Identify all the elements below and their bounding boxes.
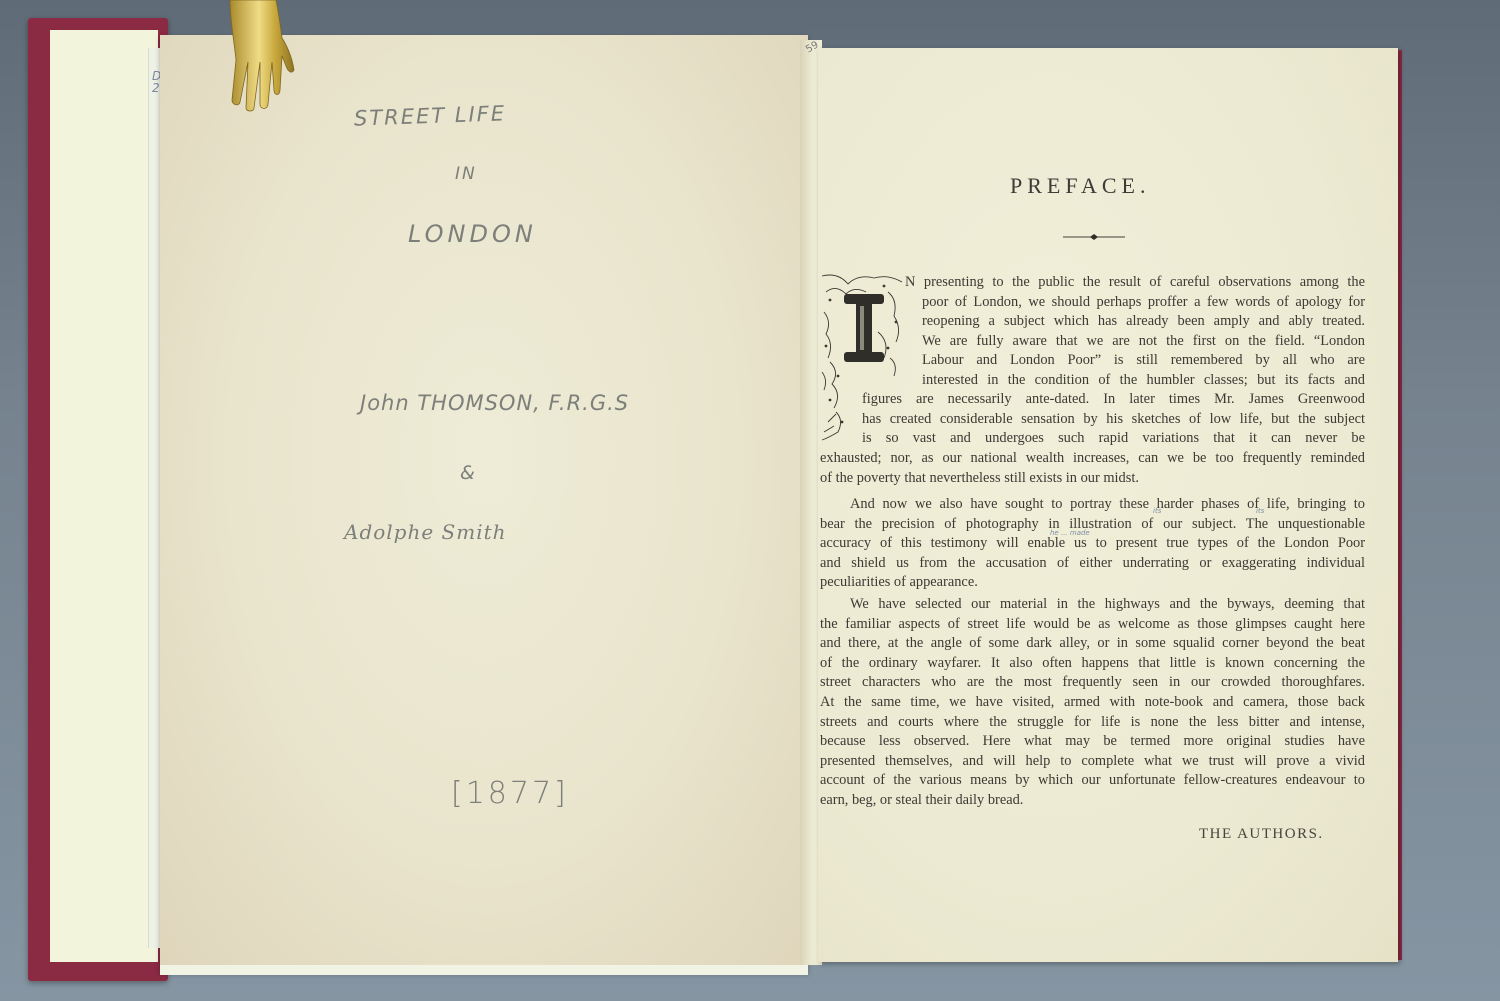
handwritten-author1: John THOMSON, F.R.G.S [360, 391, 629, 415]
text-line: has created considerable sensation by hi… [862, 410, 1365, 430]
handwritten-author2: Adolphe Smith [344, 520, 507, 544]
handwritten-title-line3: LONDON [408, 220, 537, 248]
brass-hand-clip-icon [206, 0, 300, 112]
text-line: is so vast and undergoes such rapid vari… [862, 429, 1365, 449]
preface-paragraph-2: And now we also have sought to portray t… [820, 495, 1365, 593]
text-line: And now we also have sought to portray t… [850, 495, 1365, 515]
text-line: bear the precision of photography in ill… [820, 515, 1365, 535]
pencil-annotation: its [1153, 507, 1161, 515]
text-line: account of the various means by which ou… [820, 771, 1365, 791]
text-line: Labour and London Poor” is still remembe… [922, 351, 1365, 371]
text-line: the familiar aspects of street life woul… [820, 615, 1365, 635]
text-line: figures are necessarily ante-dated. In l… [862, 390, 1365, 410]
ornamental-rule-icon [1063, 231, 1125, 243]
text-line: reopening a subject which has already be… [922, 312, 1365, 332]
left-page-edge [160, 965, 808, 975]
text-line: We are fully aware that we are not the f… [922, 332, 1365, 352]
text-line: interested in the condition of the humbl… [922, 371, 1365, 391]
text-line: At the same time, we have visited, armed… [820, 693, 1365, 713]
text-line: We have selected our material in the hig… [850, 595, 1365, 615]
text-line: accuracy of this testimony will enable u… [820, 534, 1365, 554]
text-line: poor of London, we should perhaps proffe… [922, 293, 1365, 313]
text-line: of the ordinary wayfarer. It also often … [820, 654, 1365, 674]
left-page [160, 35, 808, 972]
text-line: streets and courts where the struggle fo… [820, 713, 1365, 733]
text-line: of the poverty that nevertheless still e… [820, 469, 1365, 489]
text-line: because less observed. Here what may be … [820, 732, 1365, 752]
pencil-annotation: he ... made [1050, 529, 1090, 537]
handwritten-title-line2: IN [455, 164, 477, 184]
text-line: N presenting to the public the result of… [905, 273, 1365, 293]
preface-paragraph-1-continued: figures are necessarily ante-dated. In l… [862, 390, 1365, 449]
text-line: and shield us from the accusation of eit… [820, 554, 1365, 574]
text-line: and there, at the angle of some dark all… [820, 634, 1365, 654]
front-pastedown [50, 30, 158, 962]
preface-paragraph-3: We have selected our material in the hig… [820, 595, 1365, 811]
handwritten-year: [1877] [451, 776, 569, 811]
text-line: presented themselves, and will help to c… [820, 752, 1365, 772]
text-line: peculiarities of appearance. [820, 573, 1365, 593]
preface-paragraph-1-tail: exhausted; nor, as our national wealth i… [820, 449, 1365, 488]
text-line: street characters who are the most frequ… [820, 673, 1365, 693]
text-line: exhausted; nor, as our national wealth i… [820, 449, 1365, 469]
pencil-annotation: its [1256, 507, 1264, 515]
text-line: earn, beg, or steal their daily bread. [820, 791, 1365, 811]
handwritten-ampersand: & [460, 462, 477, 484]
page-title: PREFACE. [1010, 173, 1150, 199]
signoff: THE AUTHORS. [1199, 826, 1324, 843]
preface-paragraph-1: N presenting to the public the result of… [905, 273, 1365, 391]
